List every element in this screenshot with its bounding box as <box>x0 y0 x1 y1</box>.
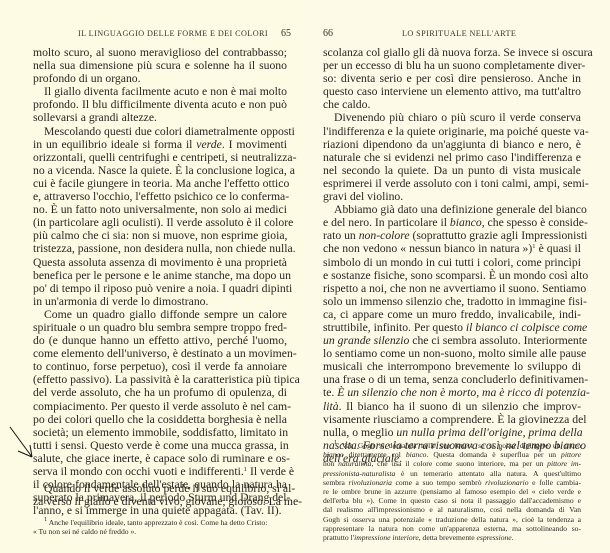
text-line: Il giallo diventa facilmente acuto e non… <box>33 85 287 98</box>
footnote-line: 1 Anche l'equilibrio ideale, tanto appre… <box>33 518 287 527</box>
text-line: e, attraverso l'occhio, l'effetto psichi… <box>33 190 287 203</box>
text-line: te. È un silenzio che non è morto, ma è … <box>323 386 581 399</box>
book-spread: Il linguaggio delle forme e dei colori 6… <box>0 0 610 553</box>
footnote-line: dal realismo all'impressionismo e al nat… <box>323 505 581 514</box>
text-line: spirituale o un quadro blu sembra sempre… <box>33 321 287 334</box>
text-line: Come un quadro giallo diffonde sempre un… <box>33 308 287 321</box>
text-line: esprimerei il verde assoluto con i toni … <box>323 177 581 190</box>
text-line: scolanza col giallo gli dà nuova forza. … <box>323 46 581 59</box>
right-footnote: 1 Van Gogh si domanda nelle sue lettere … <box>323 441 581 542</box>
text-line: cui è facile giungere in teoria. Ma anch… <box>33 177 287 190</box>
text-line: tutti i sensi. Questo verde è come una m… <box>33 439 287 452</box>
text-line: un grande silenzio che ci sembra assolut… <box>323 334 581 347</box>
text-line: l'indifferenza e la quiete originarie, m… <box>323 125 581 138</box>
footnote-line: non naturalista, che usa il colore come … <box>323 459 581 468</box>
text-line: orizzontali, quelli centrifughi e centri… <box>33 151 287 164</box>
text-line: nulla, o meglio un nulla prima dell'orig… <box>323 426 581 439</box>
text-line: tristezza, passione, non desidera nulla,… <box>33 242 287 255</box>
text-line: po' di tempo il riposo può venire a noia… <box>33 282 287 295</box>
text-line: e del nero. In particolare il bianco, ch… <box>323 216 581 229</box>
text-line: za verso il giallo e diventa vivo, giova… <box>33 495 287 508</box>
text-line: profondo di un organo. <box>33 72 287 85</box>
text-line: simbolo di un mondo in cui tutti i color… <box>323 256 581 269</box>
text-line: in un equilibrio ideale si forma il verd… <box>33 138 287 151</box>
text-line: Questa assoluta assenza di movimento è u… <box>33 256 287 269</box>
text-line: Mescolando questi due colori diametralme… <box>33 125 287 138</box>
text-line: lità. Il bianco ha il suono di un silenz… <box>323 400 581 413</box>
right-body-text: scolanza col giallo gli dà nuova forza. … <box>323 46 581 465</box>
text-line: naturale che si evidenzi nel primo caso … <box>323 151 581 164</box>
text-line: riazioni dipendono da un'aggiunta di bia… <box>323 138 581 151</box>
text-line: gravi del violino. <box>323 190 581 203</box>
text-line: che non vedono « nessun bianco in natura… <box>323 242 581 255</box>
text-line: compiacimento. Per questo il verde assol… <box>33 400 287 413</box>
text-line: no a vicenda. Nasce la quiete. È la conc… <box>33 164 287 177</box>
text-line: visamente riusciamo a comprendere. È la … <box>323 413 581 426</box>
footnote-line: dell'erba blu »). Come in questo caso si… <box>323 496 581 505</box>
text-line: che caldo. <box>323 98 581 111</box>
text-line: Quando il verde assoluto perde il suo eq… <box>33 482 287 495</box>
running-head-right: Lo spirituale nell'arte <box>402 29 516 38</box>
text-line: to continuo, forse perpetuo), così il ve… <box>33 360 287 373</box>
text-line: ca, ci appare come un muro freddo, inval… <box>323 308 581 321</box>
text-line: come elemento dell'universo, è destinato… <box>33 347 287 360</box>
text-line: nel secondo la quiete. Da un punto di vi… <box>323 164 581 177</box>
text-line: no. È un fatto noto universalmente, non … <box>33 203 287 216</box>
footnote-line: Gogh si osserva una potenziale « traduzi… <box>323 515 581 524</box>
text-line: molto scuro, al suono meraviglioso del c… <box>33 46 287 59</box>
text-line: e sostanze fisiche, sono scomparsi. È un… <box>323 269 581 282</box>
text-line: più calmo che ci sia: non si muove, non … <box>33 229 287 242</box>
text-line: (effetto passivo). La passività è la car… <box>33 373 287 386</box>
text-line: società; un elemento immobile, soddisfat… <box>33 426 287 439</box>
running-head-left: Il linguaggio delle forme e dei colori <box>78 29 268 38</box>
text-line: Divenendo più chiaro o più scuro il verd… <box>323 111 581 124</box>
text-line: musicali che interrompono brevemente lo … <box>323 360 581 373</box>
text-line: sollevarsi a grandi altezze. <box>33 111 287 124</box>
left-footnote: 1 Anche l'equilibrio ideale, tanto appre… <box>33 518 287 536</box>
hand-drawn-arrow-icon <box>8 425 38 461</box>
footnote-line: re le ombre brune in azzurre (pensiamo a… <box>323 487 581 496</box>
text-line: rato un non-colore (soprattutto grazie a… <box>323 229 581 242</box>
text-line: lo sentiamo come un non-suono, molto sim… <box>323 347 581 360</box>
text-line: so: diventa serio e per così dire pensie… <box>323 72 581 85</box>
left-body-text: molto scuro, al suono meraviglioso del c… <box>33 46 287 517</box>
left-page: Il linguaggio delle forme e dei colori 6… <box>0 0 305 553</box>
text-line: nella sua dimensione più scura e solenne… <box>33 59 287 72</box>
text-line: questo caso interviene un elemento attiv… <box>323 85 581 98</box>
text-line: del verde assoluto, che ha un profumo di… <box>33 386 287 399</box>
text-line: per un eccesso di blu ha un suono comple… <box>323 59 581 72</box>
text-line: una frase o di un tema, senza concluderl… <box>323 373 581 386</box>
text-line: in un'armonia di verde lo dimostrano. <box>33 295 287 308</box>
left-continuation-text: Quando il verde assoluto perde il suo eq… <box>33 482 287 508</box>
page-number-left: 65 <box>281 28 291 39</box>
footnote-line: pressionista-naturalista è un temerario … <box>323 469 581 478</box>
footnote-line: sembra rivoluzionaria come a suo tempo s… <box>323 478 581 487</box>
text-line: salute, che giace inerte, è capace solo … <box>33 452 287 465</box>
footnote-line: 1 Van Gogh si domanda nelle sue lettere … <box>323 441 581 450</box>
text-line: do (e dunque hanno un effetto attivo, pe… <box>33 334 287 347</box>
text-line: struttibile, infinito. Per questo il bia… <box>323 321 581 334</box>
page-number-right: 66 <box>323 28 333 39</box>
footnote-line: rappresentare la natura non come un'appa… <box>323 524 581 533</box>
text-line: solo un immenso silenzio che, tradotto i… <box>323 295 581 308</box>
text-line: serva il mondo con occhi vuoti e indiffe… <box>33 465 287 478</box>
right-page: 66 Lo spirituale nell'arte scolanza col … <box>305 0 610 553</box>
footnote-line: bianco direttamente col bianco. Questa d… <box>323 450 581 459</box>
text-line: rispetto a noi, che non ne avvertiamo il… <box>323 282 581 295</box>
text-line: (in particolare agli oculisti). Il verde… <box>33 216 287 229</box>
footnote-line: « Tu non sei né caldo né freddo ». <box>33 527 287 536</box>
text-line: Abbiamo già dato una definizione general… <box>323 203 581 216</box>
footnote-line: prattutto l'impressione interiore, detta… <box>323 533 581 542</box>
text-line: profondo. Il blu difficilmente diventa a… <box>33 98 287 111</box>
text-line: benefica per le persone e le anime stanc… <box>33 269 287 282</box>
text-line: po dei colori quello che la cosiddetta b… <box>33 413 287 426</box>
